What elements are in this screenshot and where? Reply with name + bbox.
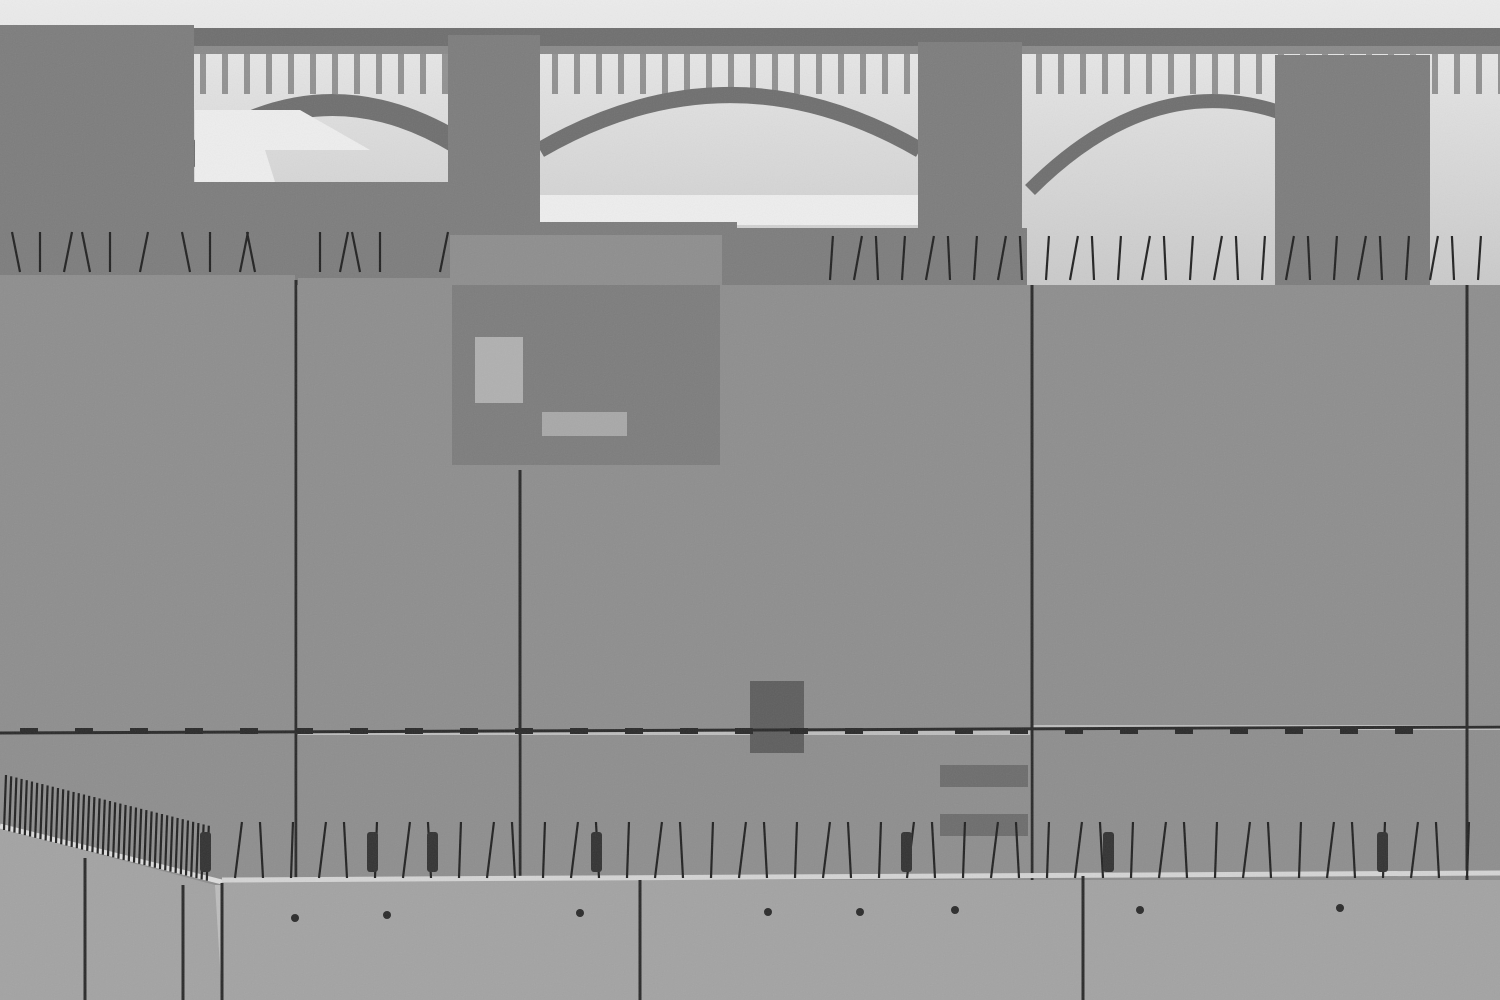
photo-canvas xyxy=(0,0,1500,1000)
construction-photo xyxy=(0,0,1500,1000)
